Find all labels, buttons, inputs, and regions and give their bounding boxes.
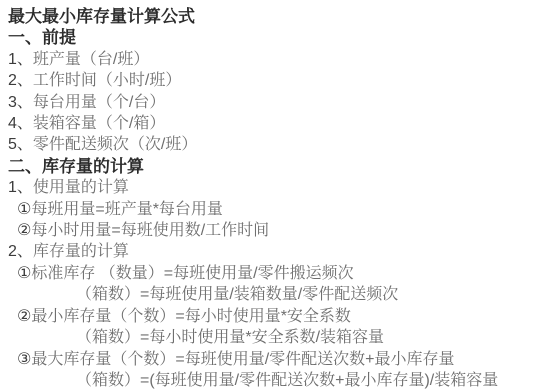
list-item-number: 2、 bbox=[8, 243, 33, 260]
formula-text: （箱数）=(每班使用量/零件配送次数+最小库存量)/装箱容量 bbox=[76, 372, 498, 389]
formula-text: 最小库存量（个数）=每小时使用量*安全系数 bbox=[31, 308, 351, 325]
circled-number: ③ bbox=[17, 351, 31, 368]
circled-number: ① bbox=[17, 265, 31, 282]
formula-line: ②每小时用量=每班使用数/工作时间 bbox=[8, 220, 536, 241]
list-item-text: 每台用量（个/台） bbox=[33, 94, 165, 111]
list-item-number: 4、 bbox=[8, 115, 33, 132]
doc-title: 最大最小库存量计算公式 bbox=[8, 6, 536, 27]
section-heading-text: 一、前提 bbox=[8, 28, 76, 47]
formula-continuation: （箱数）=每班使用量/装箱数量/零件配送频次 bbox=[8, 284, 536, 305]
list-item: 5、零件配送频次（次/班） bbox=[8, 134, 536, 155]
list-item-text: 库存量的计算 bbox=[33, 243, 129, 260]
list-item: 1、使用量的计算 bbox=[8, 177, 536, 198]
list-item-text: 班产量（台/班） bbox=[33, 51, 149, 68]
formula-line: ①标准库存 （数量）=每班使用量/零件搬运频次 bbox=[8, 263, 536, 284]
section-heading-text: 二、库存量的计算 bbox=[8, 157, 144, 176]
list-item-number: 5、 bbox=[8, 136, 33, 153]
circled-number: ② bbox=[17, 308, 31, 325]
formula-text: 每小时用量=每班使用数/工作时间 bbox=[31, 222, 269, 239]
list-item: 3、每台用量（个/台） bbox=[8, 92, 536, 113]
formula-text: （箱数）=每小时使用量*安全系数/装箱容量 bbox=[76, 329, 384, 346]
list-item-number: 1、 bbox=[8, 51, 33, 68]
circled-number: ① bbox=[17, 201, 31, 218]
formula-continuation: （箱数）=(每班使用量/零件配送次数+最小库存量)/装箱容量 bbox=[8, 370, 536, 391]
formula-text: （箱数）=每班使用量/装箱数量/零件配送频次 bbox=[76, 286, 398, 303]
list-item-number: 3、 bbox=[8, 94, 33, 111]
formula-text: 每班用量=班产量*每台用量 bbox=[31, 201, 223, 218]
section-heading-premise: 一、前提 bbox=[8, 27, 536, 48]
formula-text: 最大库存量（个数）=每班使用量/零件配送次数+最小库存量 bbox=[31, 351, 454, 368]
formula-line: ②最小库存量（个数）=每小时使用量*安全系数 bbox=[8, 306, 536, 327]
doc-title-text: 最大最小库存量计算公式 bbox=[8, 7, 195, 26]
document-page: 最大最小库存量计算公式 一、前提 1、班产量（台/班） 2、工作时间（小时/班）… bbox=[0, 0, 542, 391]
circled-number: ② bbox=[17, 222, 31, 239]
list-item-number: 1、 bbox=[8, 179, 33, 196]
list-item: 4、装箱容量（个/箱） bbox=[8, 113, 536, 134]
section-heading-calculation: 二、库存量的计算 bbox=[8, 156, 536, 177]
formula-line: ①每班用量=班产量*每台用量 bbox=[8, 199, 536, 220]
list-item-text: 装箱容量（个/箱） bbox=[33, 115, 165, 132]
list-item: 2、库存量的计算 bbox=[8, 241, 536, 262]
list-item: 1、班产量（台/班） bbox=[8, 49, 536, 70]
list-item-text: 零件配送频次（次/班） bbox=[33, 136, 197, 153]
list-item-text: 使用量的计算 bbox=[33, 179, 129, 196]
list-item-text: 工作时间（小时/班） bbox=[33, 72, 181, 89]
list-item-number: 2、 bbox=[8, 72, 33, 89]
formula-line: ③最大库存量（个数）=每班使用量/零件配送次数+最小库存量 bbox=[8, 349, 536, 370]
formula-continuation: （箱数）=每小时使用量*安全系数/装箱容量 bbox=[8, 327, 536, 348]
formula-text: 标准库存 （数量）=每班使用量/零件搬运频次 bbox=[31, 265, 353, 282]
list-item: 2、工作时间（小时/班） bbox=[8, 70, 536, 91]
